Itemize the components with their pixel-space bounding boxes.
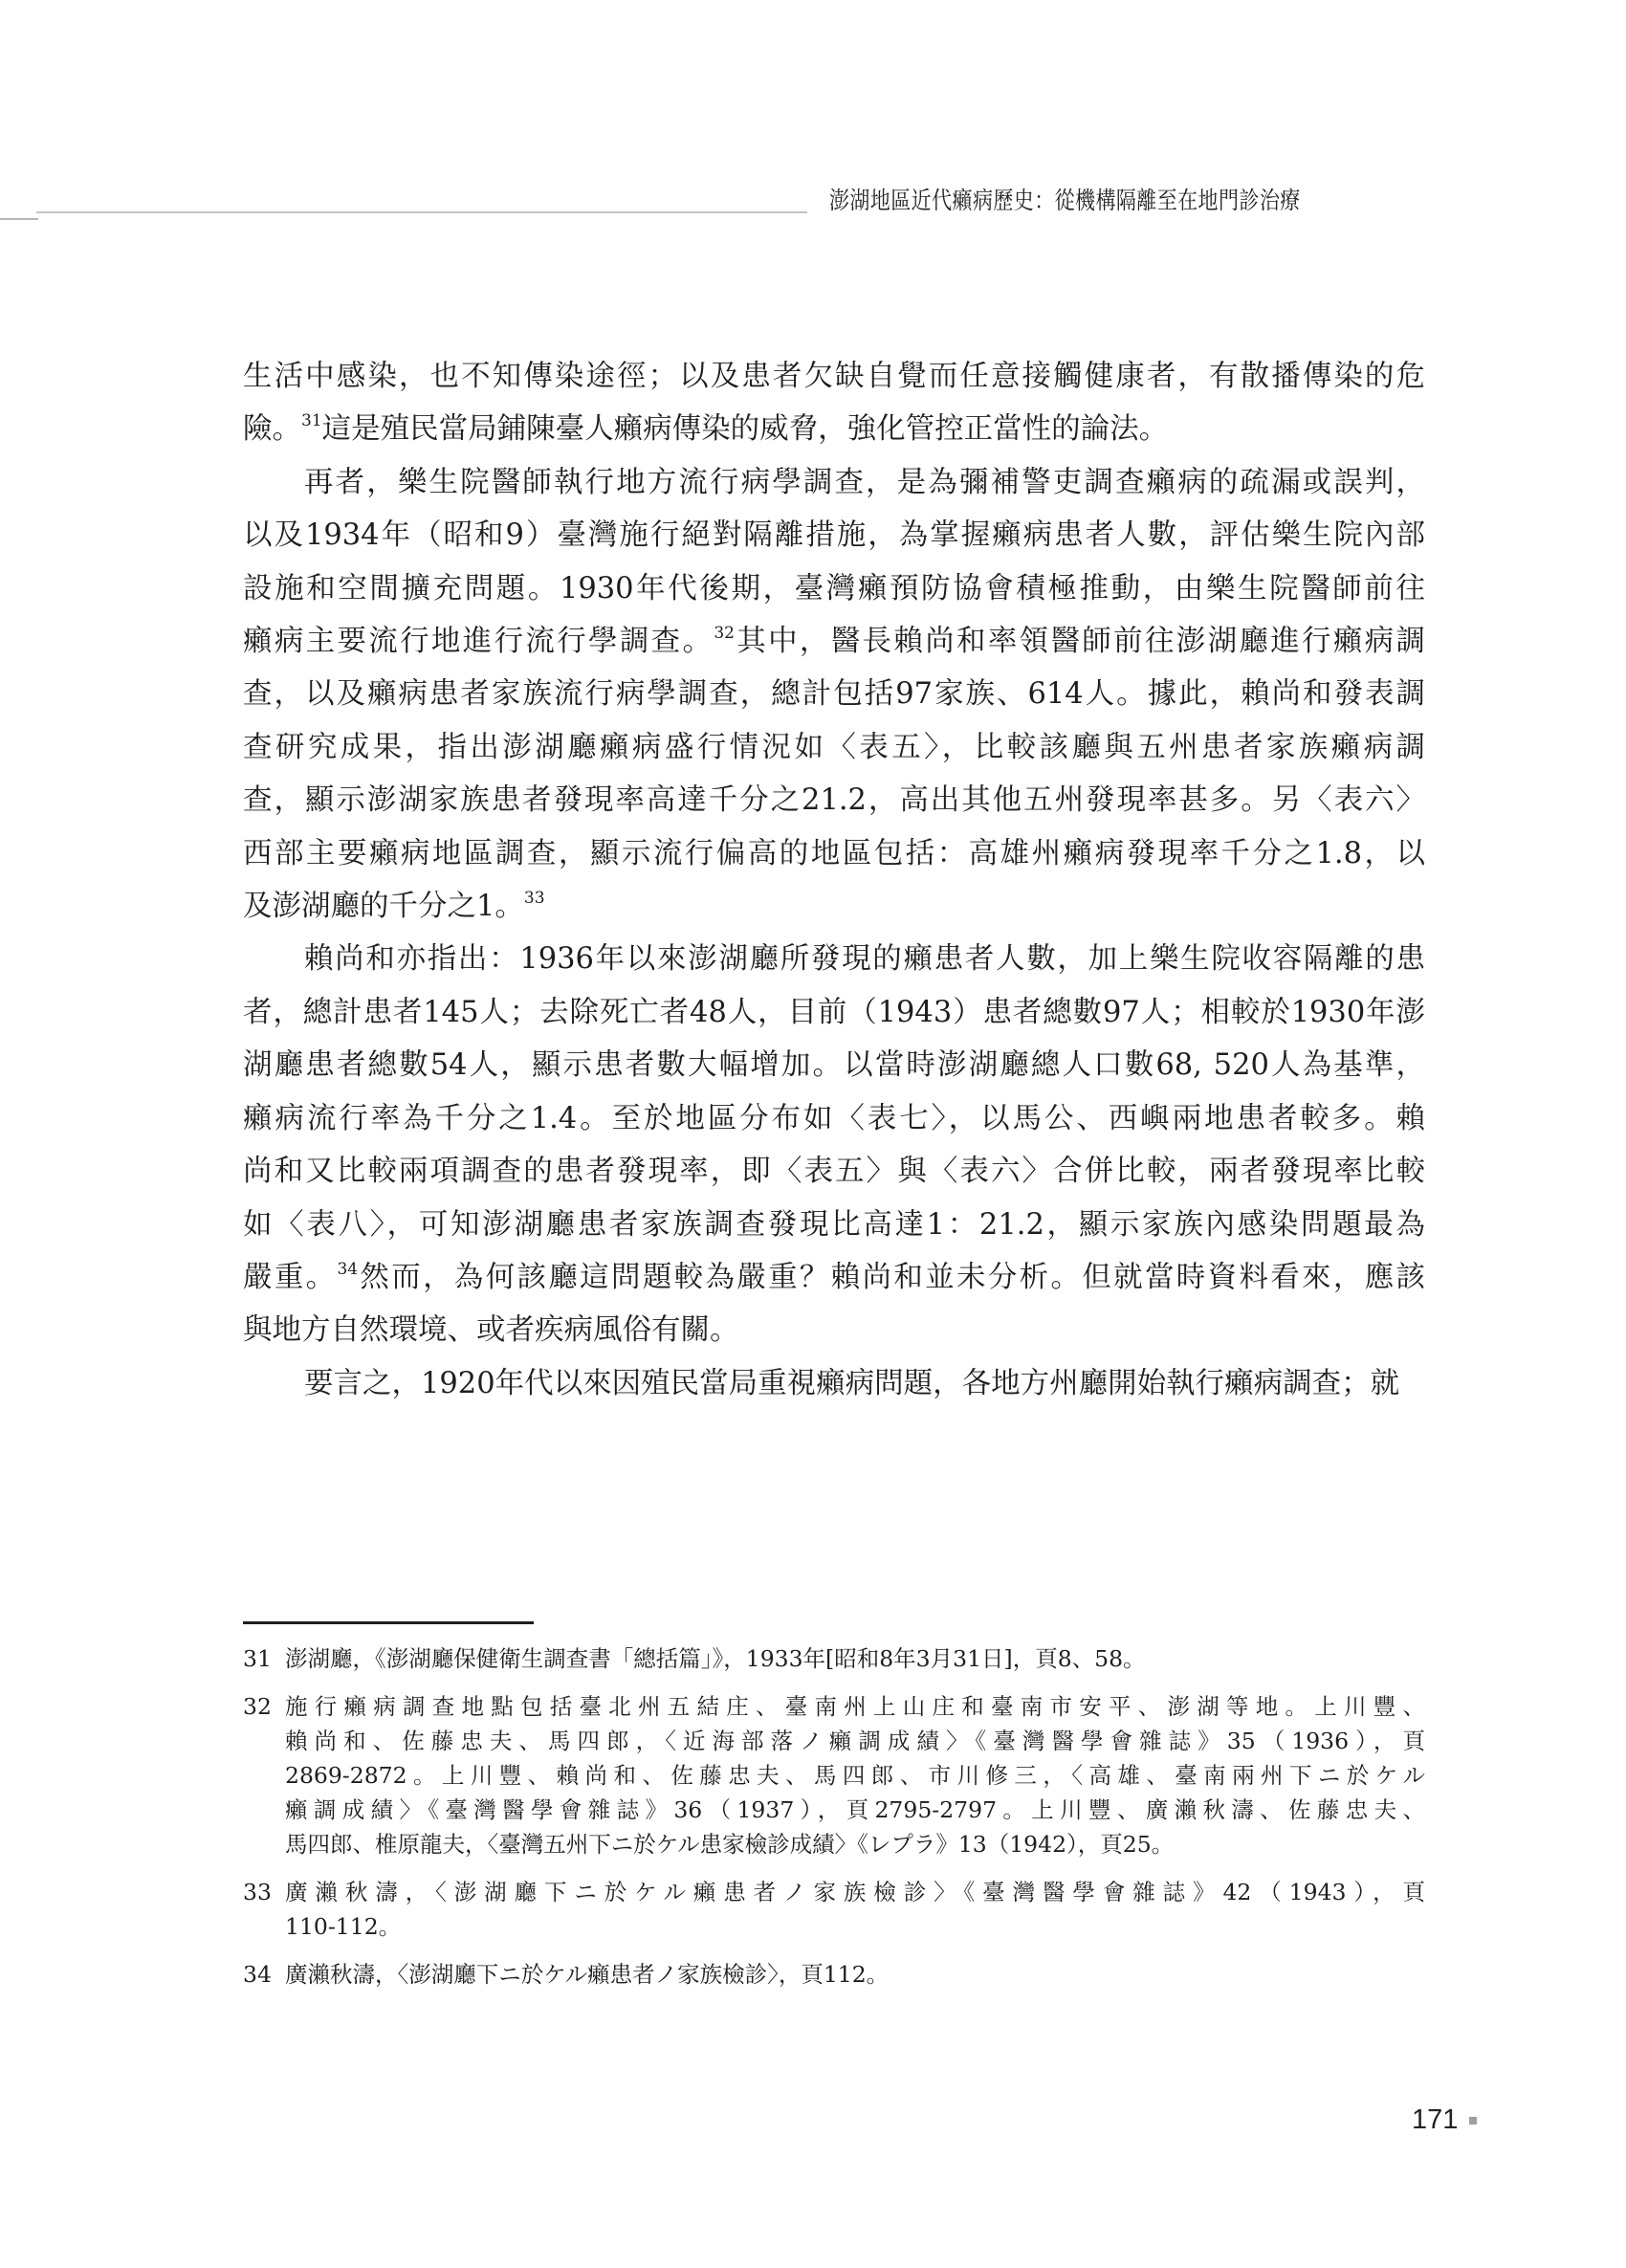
running-header: 澎湖地區近代癩病歷史：從機構隔離至在地門診治療	[0, 182, 1626, 230]
text-line: 查研究成果，指出澎湖廳癩病盛行情況如〈表五〉，比較該廳與五州患者家族癩病調	[243, 721, 1425, 774]
footnote-32: 32施行癩病調查地點包括臺北州五結庄、臺南州上山庄和臺南市安平、澎湖等地。上川豐…	[243, 1689, 1425, 1861]
text-line: 如〈表八〉，可知澎湖廳患者家族調查發現比高達1：21.2，顯示家族內感染問題最為	[243, 1199, 1425, 1251]
text-line: 施行癩病調查地點包括臺北州五結庄、臺南州上山庄和臺南市安平、澎湖等地。上川豐、	[285, 1689, 1425, 1724]
footnote-number: 31	[243, 1641, 272, 1676]
footnote-reference[interactable]: 33	[524, 889, 545, 908]
footnote-reference[interactable]: 32	[714, 624, 735, 643]
text-line: 澎湖廳，《澎湖廳保健衛生調查書「總括篇」》，1933年[昭和8年3月31日]，頁…	[285, 1641, 1425, 1676]
text-line: 湖廳患者總數54人，顯示患者數大幅增加。以當時澎湖廳總人口數68, 520人為基…	[243, 1039, 1425, 1091]
text-line: 嚴重。34然而，為何該廳這問題較為嚴重？賴尚和並未分析。但就當時資料看來，應該	[243, 1251, 1425, 1304]
text-line: 以及1934年（昭和9）臺灣施行絕對隔離措施，為掌握癩病患者人數，評估樂生院內部	[243, 509, 1425, 561]
text-segment: 險。	[243, 412, 301, 446]
text-segment: 然而，為何該廳這問題較為嚴重？賴尚和並未分析。但就當時資料看來，應該	[358, 1261, 1425, 1294]
paragraph: 要言之，1920年代以來因殖民當局重視癩病問題，各地方州廳開始執行癩病調查；就	[243, 1357, 1425, 1410]
text-line: 要言之，1920年代以來因殖民當局重視癩病問題，各地方州廳開始執行癩病調查；就	[243, 1357, 1425, 1410]
text-line: 110-112。	[285, 1909, 1425, 1944]
text-line: 與地方自然環境、或者疾病風俗有關。	[243, 1304, 1425, 1356]
paragraph: 賴尚和亦指出：1936年以來澎湖廳所發現的癩患者人數，加上樂生院收容隔離的患者，…	[243, 933, 1425, 1356]
text-line: 設施和空間擴充問題。1930年代後期，臺灣癩預防協會積極推動，由樂生院醫師前往	[243, 562, 1425, 615]
footnote-number: 32	[243, 1689, 272, 1724]
header-rule-short	[0, 218, 38, 220]
text-line: 查，以及癩病患者家族流行病學調查，總計包括97家族、614人。據此，賴尚和發表調	[243, 668, 1425, 720]
text-line: 查，顯示澎湖家族患者發現率高達千分之21.2，高出其他五州發現率甚多。另〈表六〉	[243, 774, 1425, 826]
header-rule	[36, 211, 807, 213]
text-line: 險。31這是殖民當局鋪陳臺人癩病傳染的威脅，強化管控正當性的論法。	[243, 403, 1425, 455]
text-line: 賴尚和亦指出：1936年以來澎湖廳所發現的癩患者人數，加上樂生院收容隔離的患	[243, 933, 1425, 985]
text-line: 賴尚和、佐藤忠夫、馬四郎，〈近海部落ノ癩調成績〉《臺灣醫學會雜誌》35（1936…	[285, 1724, 1425, 1758]
text-line: 2869-2872。上川豐、賴尚和、佐藤忠夫、馬四郎、市川修三，〈高雄、臺南兩州…	[285, 1758, 1425, 1793]
paragraph: 再者，樂生院醫師執行地方流行病學調查，是為彌補警吏調查癩病的疏漏或誤判，以及19…	[243, 456, 1425, 934]
footnote-33: 33廣瀨秋濤，〈澎湖廳下ニ於ケル癩患者ノ家族檢診〉《臺灣醫學會雜誌》42（194…	[243, 1875, 1425, 1944]
text-segment: 癩病主要流行地進行流行學調查。	[243, 625, 714, 658]
text-line: 生活中感染，也不知傳染途徑；以及患者欠缺自覺而任意接觸健康者，有散播傳染的危	[243, 350, 1425, 403]
text-line: 尚和又比較兩項調查的患者發現率，即〈表五〉與〈表六〉合併比較，兩者發現率比較	[243, 1145, 1425, 1198]
text-line: 再者，樂生院醫師執行地方流行病學調查，是為彌補警吏調查癩病的疏漏或誤判，	[243, 456, 1425, 509]
footnote-number: 34	[243, 1957, 272, 1992]
text-line: 廣瀨秋濤，〈澎湖廳下ニ於ケル癩患者ノ家族檢診〉，頁112。	[285, 1957, 1425, 1992]
text-segment: 及澎湖廳的千分之1。	[243, 890, 524, 923]
running-title: 澎湖地區近代癩病歷史：從機構隔離至在地門診治療	[829, 182, 1301, 216]
text-segment: 這是殖民當局鋪陳臺人癩病傳染的威脅，強化管控正當性的論法。	[322, 412, 1169, 446]
text-line: 者，總計患者145人；去除死亡者48人，目前（1943）患者總數97人；相較於1…	[243, 986, 1425, 1039]
text-line: 癩調成績〉《臺灣醫學會雜誌》36（1937），頁2795-2797。上川豐、廣瀨…	[285, 1793, 1425, 1827]
footnote-number: 33	[243, 1875, 272, 1909]
footnote-separator	[243, 1621, 534, 1624]
footnote-31: 31澎湖廳，《澎湖廳保健衛生調查書「總括篇」》，1933年[昭和8年3月31日]…	[243, 1641, 1425, 1676]
text-line: 癩病流行率為千分之1.4。至於地區分布如〈表七〉，以馬公、西嶼兩地患者較多。賴	[243, 1092, 1425, 1145]
text-segment: 嚴重。	[243, 1261, 337, 1294]
text-segment: 其中，醫長賴尚和率領醫師前往澎湖廳進行癩病調	[735, 625, 1425, 658]
paragraph: 生活中感染，也不知傳染途徑；以及患者欠缺自覺而任意接觸健康者，有散播傳染的危險。…	[243, 350, 1425, 456]
main-body-text: 生活中感染，也不知傳染途徑；以及患者欠缺自覺而任意接觸健康者，有散播傳染的危險。…	[243, 350, 1425, 1410]
text-line: 及澎湖廳的千分之1。33	[243, 880, 1425, 933]
page-marker-square	[1469, 2117, 1477, 2125]
text-line: 西部主要癩病地區調查，顯示流行偏高的地區包括：高雄州癩病發現率千分之1.8，以	[243, 827, 1425, 880]
footnote-34: 34廣瀨秋濤，〈澎湖廳下ニ於ケル癩患者ノ家族檢診〉，頁112。	[243, 1957, 1425, 1992]
page-number: 171	[1412, 2104, 1458, 2136]
text-line: 癩病主要流行地進行流行學調查。32其中，醫長賴尚和率領醫師前往澎湖廳進行癩病調	[243, 615, 1425, 668]
footnote-reference[interactable]: 31	[301, 411, 322, 430]
text-line: 馬四郎、椎原龍夫，〈臺灣五州下ニ於ケル患家檢診成績〉《レプラ》13（1942），…	[285, 1827, 1425, 1861]
text-line: 廣瀨秋濤，〈澎湖廳下ニ於ケル癩患者ノ家族檢診〉《臺灣醫學會雜誌》42（1943）…	[285, 1875, 1425, 1909]
footnote-reference[interactable]: 34	[337, 1260, 358, 1279]
footnotes: 31澎湖廳，《澎湖廳保健衛生調查書「總括篇」》，1933年[昭和8年3月31日]…	[243, 1641, 1425, 2005]
